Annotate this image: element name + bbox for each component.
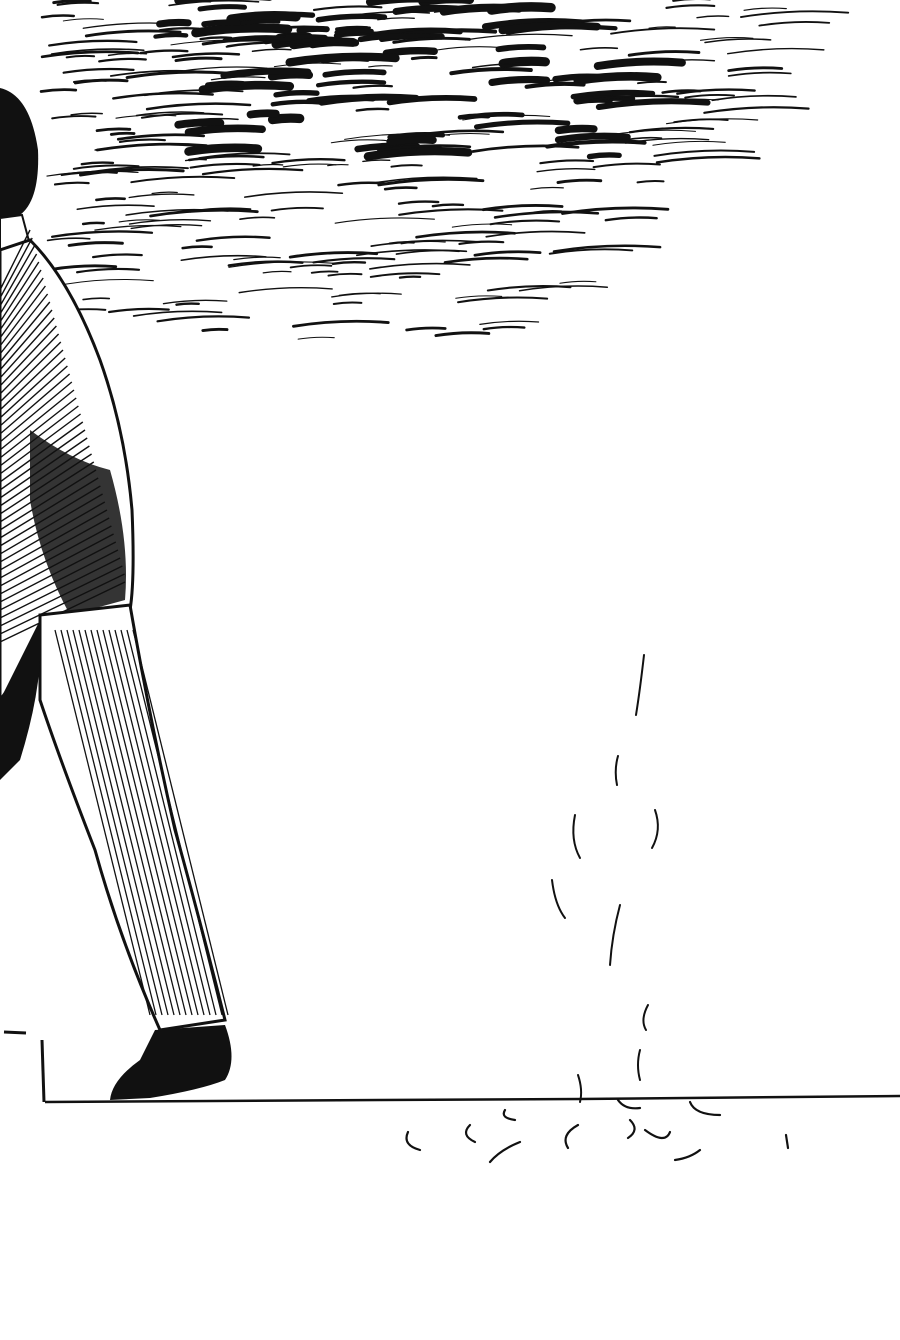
doorway-edge (4, 1032, 44, 1102)
debris-flecks (407, 1100, 789, 1162)
ground-line (45, 1096, 900, 1102)
hatched-sky (41, 0, 848, 339)
ink-drawing (0, 0, 900, 1340)
smoke-wisps (552, 655, 658, 1102)
ink-illustration-panel (0, 0, 900, 1340)
